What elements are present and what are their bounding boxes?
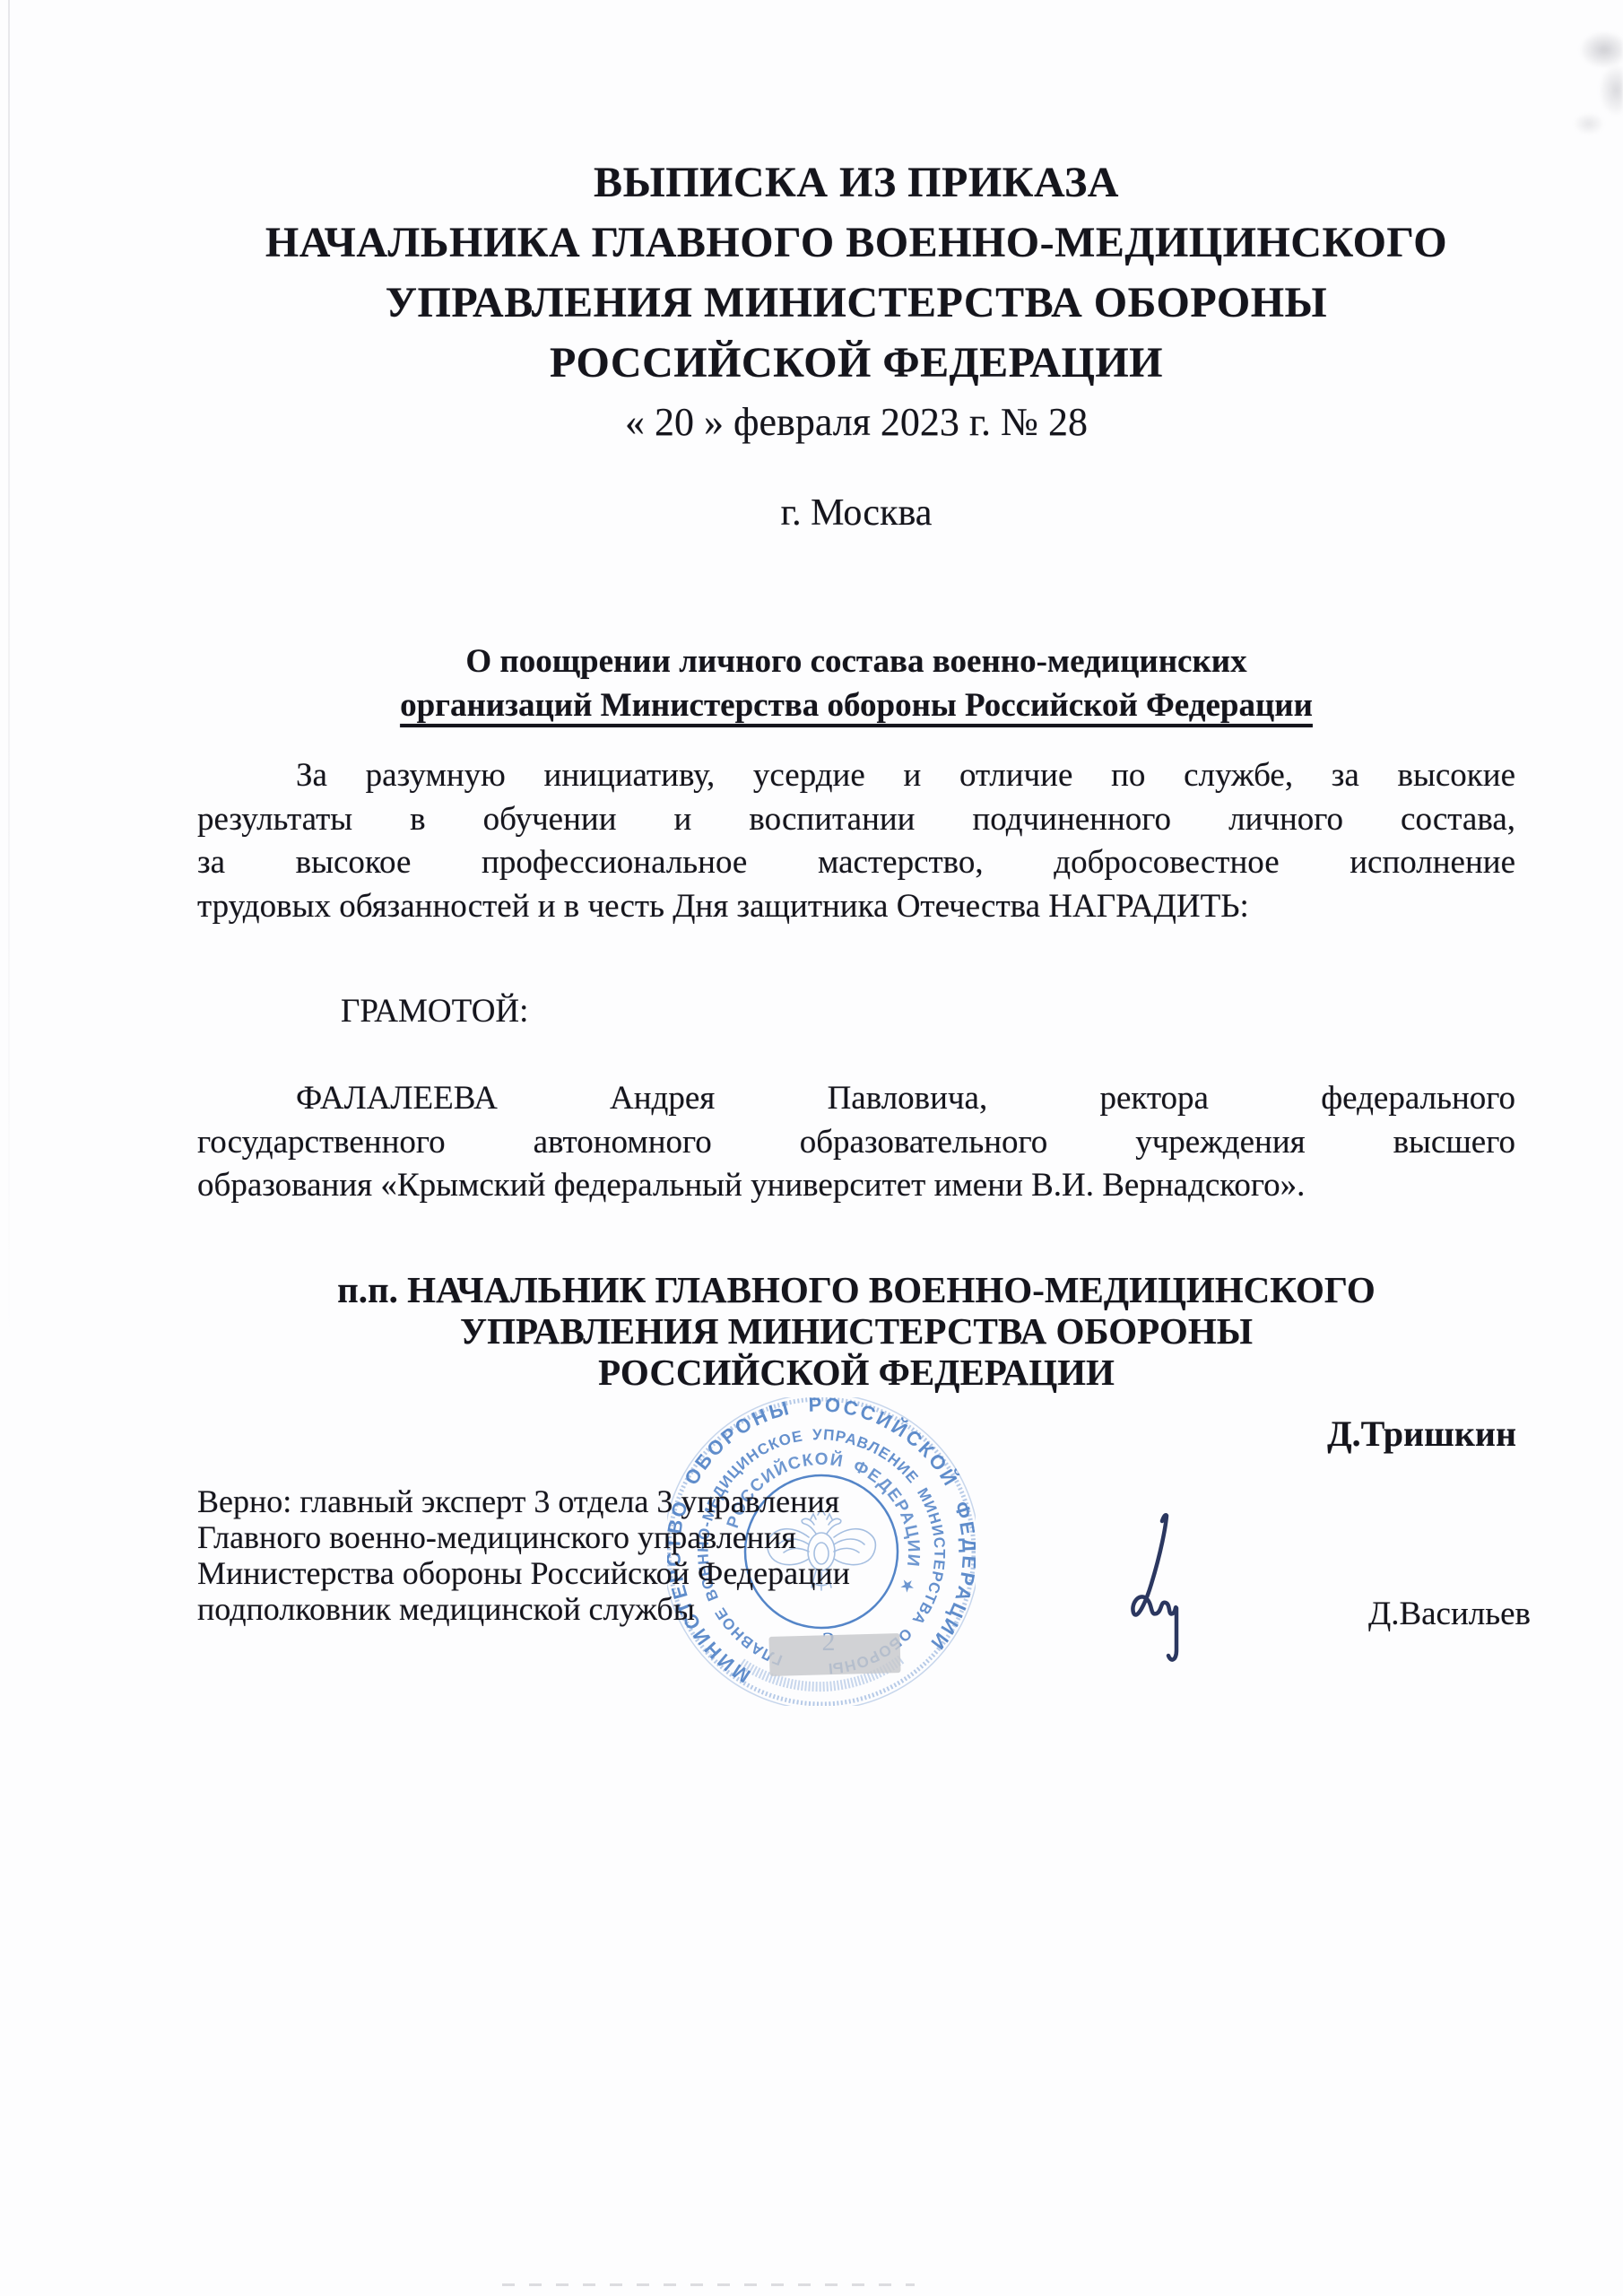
date-line: « 20 » февраля 2023 г. № 28 [197, 399, 1515, 445]
signature-heading-line: УПРАВЛЕНИЯ МИНИСТЕРСТВА ОБОРОНЫ [197, 1310, 1515, 1352]
body-paragraph: За разумную инициативу, усердие и отличи… [197, 754, 1515, 928]
signature-heading-line: РОССИЙСКОЙ ФЕДЕРАЦИИ [197, 1352, 1515, 1393]
subject-heading: О поощрении личного состава военно-медиц… [197, 639, 1515, 727]
subject-line-1: О поощрении личного состава военно-медиц… [197, 639, 1515, 683]
signature-heading-line: п.п. НАЧАЛЬНИК ГЛАВНОГО ВОЕННО-МЕДИЦИНСК… [197, 1269, 1515, 1310]
awardee-line: образования «Крымский федеральный универ… [197, 1164, 1515, 1208]
scanned-document-page: МИНИСТЕРСТВО ОБОРОНЫ РОССИЙСКОЙ ФЕДЕРАЦИ… [0, 0, 1623, 2296]
document-title: ВЫПИСКА ИЗ ПРИКАЗА НАЧАЛЬНИКА ГЛАВНОГО В… [197, 152, 1515, 393]
body-line: результаты в обучении и воспитании подчи… [197, 798, 1515, 842]
title-line: РОССИЙСКОЙ ФЕДЕРАЦИИ [197, 333, 1515, 393]
title-line: УПРАВЛЕНИЯ МИНИСТЕРСТВА ОБОРОНЫ [197, 273, 1515, 333]
title-line: ВЫПИСКА ИЗ ПРИКАЗА [197, 152, 1515, 213]
body-line: За разумную инициативу, усердие и отличи… [197, 754, 1515, 798]
redaction-patch [768, 1633, 900, 1676]
certifier-name: Д.Васильев [1368, 1595, 1531, 1633]
certification-line: Главного военно-медицинского управления [197, 1519, 1515, 1555]
scan-bottom-marks [502, 2283, 915, 2286]
subject-line-2: организаций Министерства обороны Российс… [197, 683, 1515, 727]
body-line: трудовых обязанностей и в честь Дня защи… [197, 885, 1515, 929]
certification-block: Верно: главный эксперт 3 отдела 3 управл… [197, 1483, 1515, 1627]
signer-name: Д.Тришкин [1327, 1413, 1516, 1455]
scan-edge-line [8, 0, 10, 1345]
signature-heading: п.п. НАЧАЛЬНИК ГЛАВНОГО ВОЕННО-МЕДИЦИНСК… [197, 1269, 1515, 1393]
city-line: г. Москва [197, 491, 1515, 535]
award-heading: ГРАМОТОЙ: [341, 992, 528, 1031]
handwritten-signature [1112, 1509, 1219, 1679]
certification-line: Министерства обороны Российской Федераци… [197, 1555, 1515, 1591]
title-line: НАЧАЛЬНИКА ГЛАВНОГО ВОЕННО-МЕДИЦИНСКОГО [197, 213, 1515, 273]
certification-line: Верно: главный эксперт 3 отдела 3 управл… [197, 1483, 1515, 1519]
body-line: за высокое профессиональное мастерство, … [197, 841, 1515, 885]
awardee-paragraph: ФАЛАЛЕЕВА Андрея Павловича, ректора феде… [197, 1077, 1515, 1208]
awardee-line: ФАЛАЛЕЕВА Андрея Павловича, ректора феде… [197, 1077, 1515, 1121]
certification-line: подполковник медицинской службы [197, 1591, 1515, 1627]
scan-smudge [1538, 16, 1623, 151]
awardee-line: государственного автономного образовател… [197, 1121, 1515, 1165]
